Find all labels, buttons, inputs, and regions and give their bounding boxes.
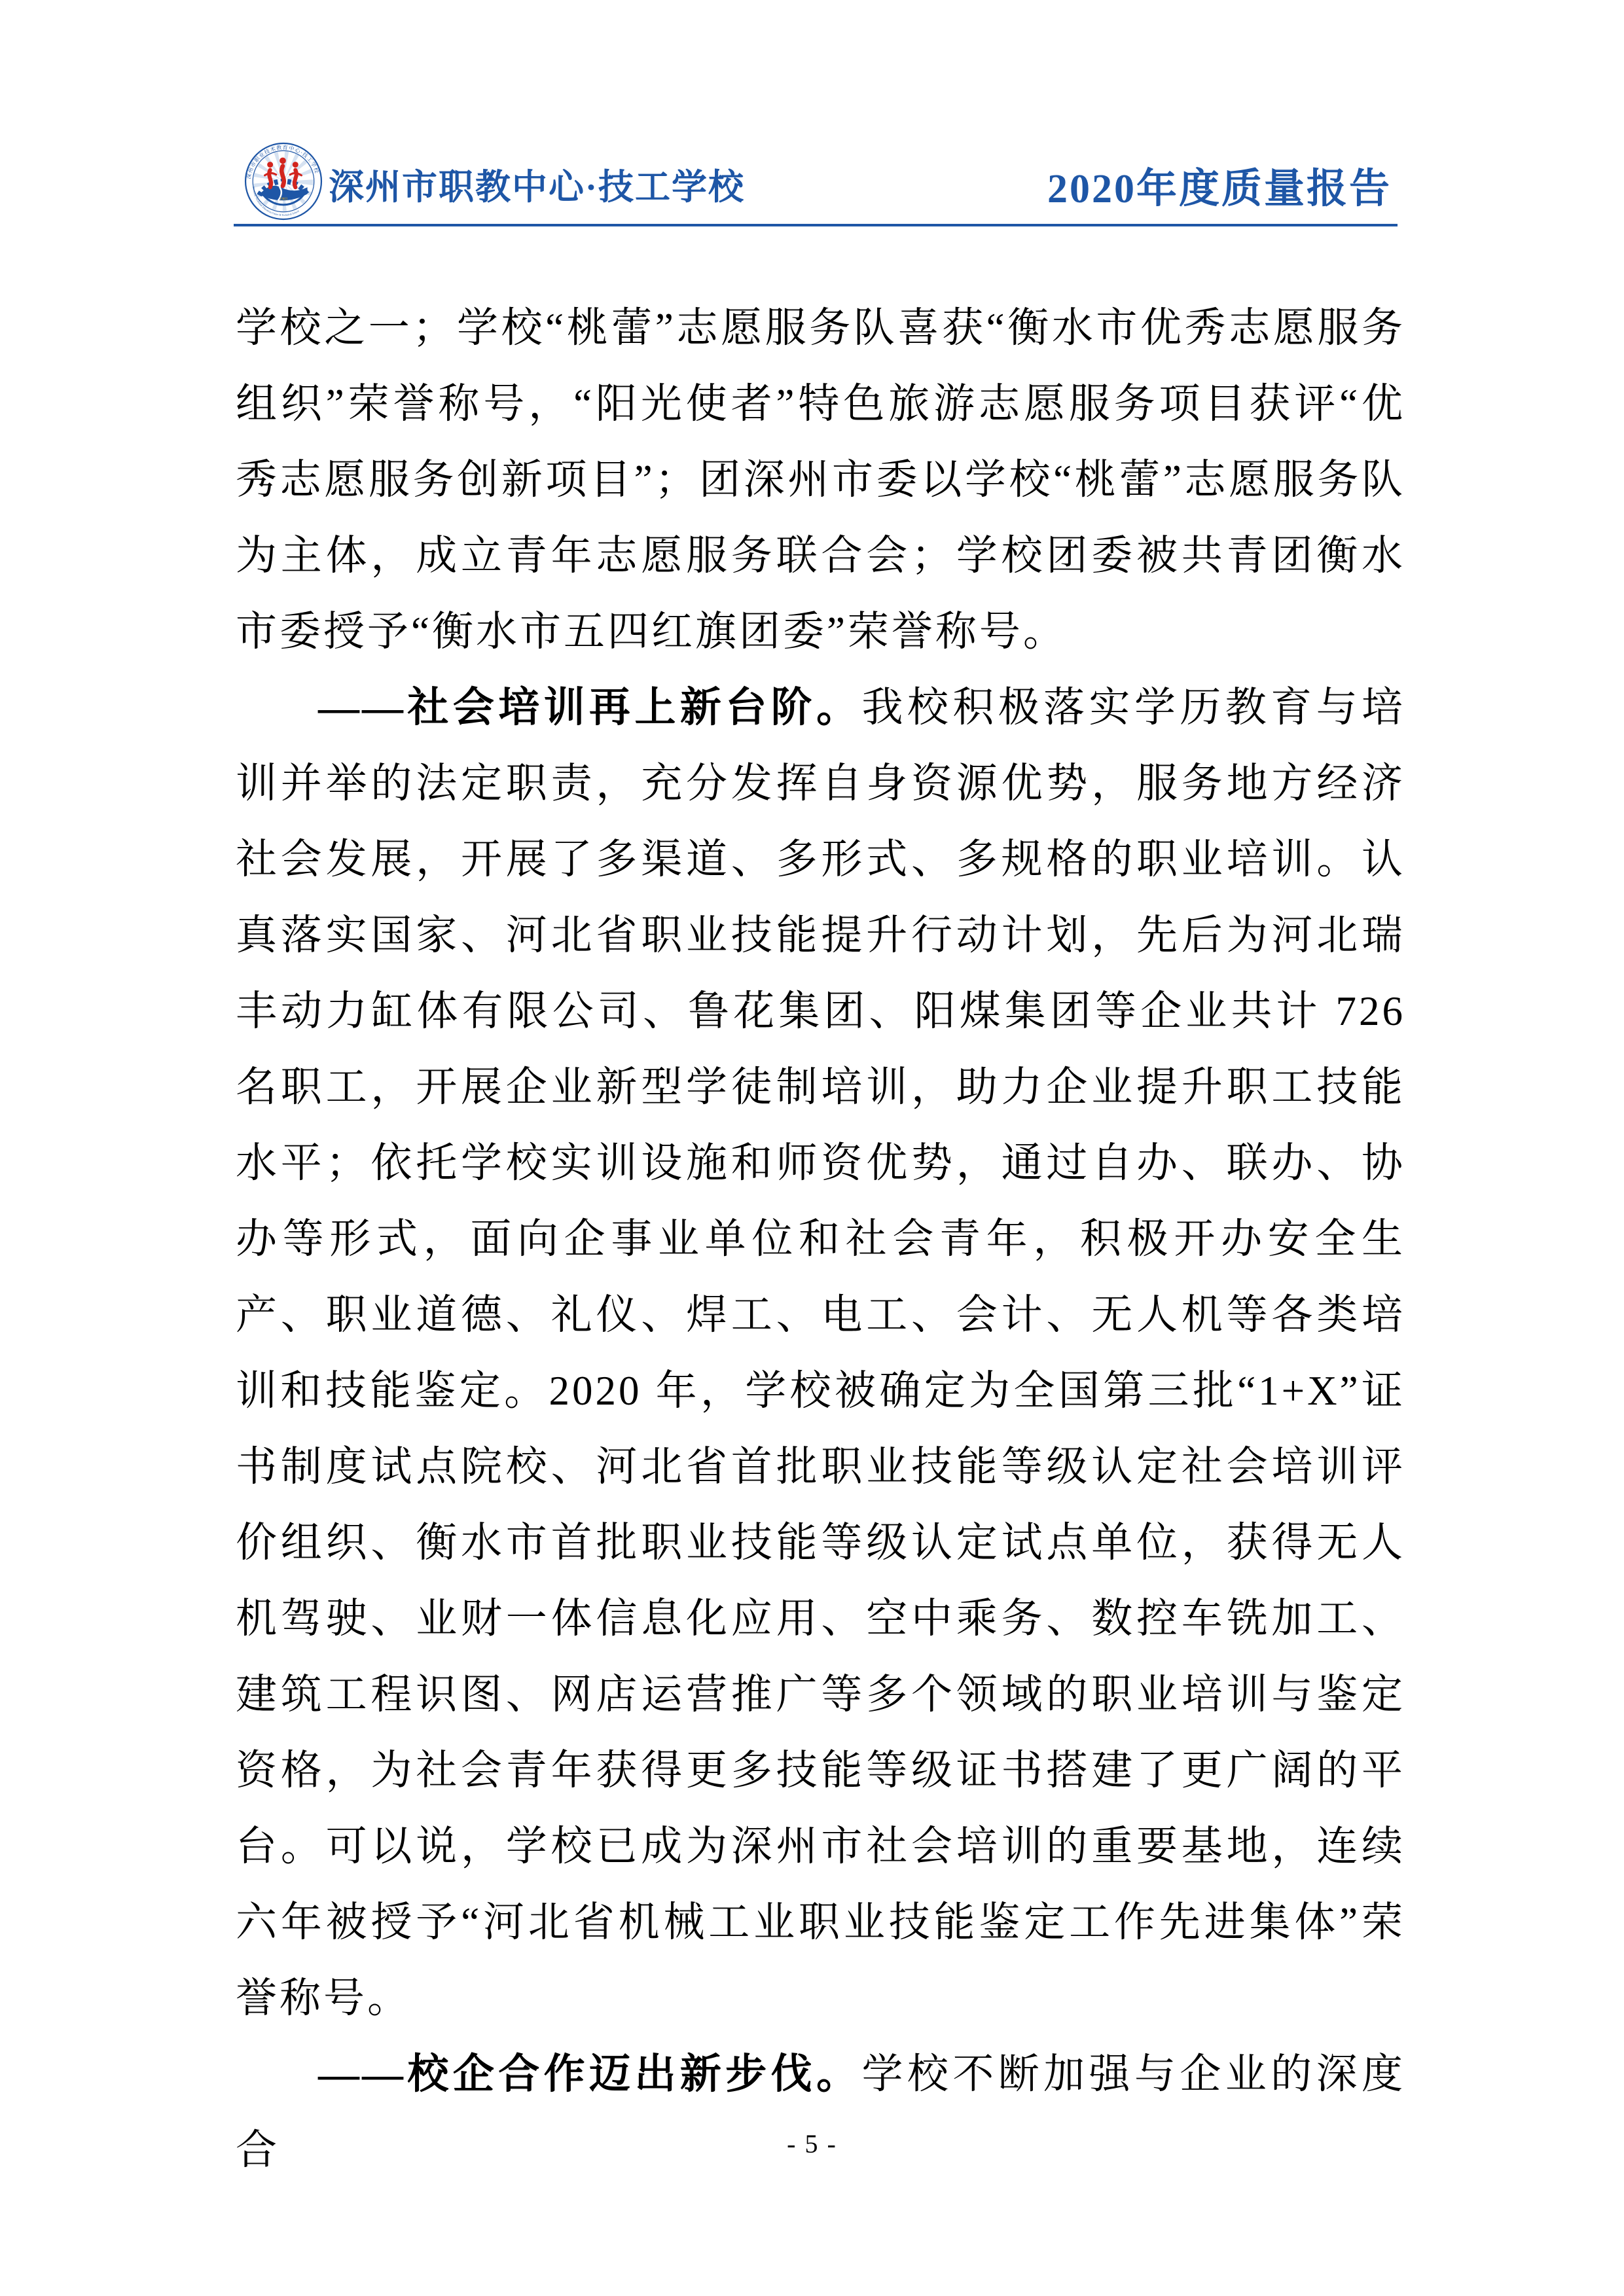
- logo-year-text: 1983: [280, 197, 287, 201]
- page-footer: - 5 -: [0, 2128, 1624, 2159]
- logo-figures: [265, 158, 302, 188]
- paragraph-text: 学校之一；学校“桃蕾”志愿服务队喜获“衡水市优秀志愿服务组织”荣誉称号，“阳光使…: [236, 305, 1405, 655]
- report-title: 2020年度质量报告: [1047, 156, 1392, 214]
- paragraph-text: 我校积极落实学历教育与培训并举的法定职责，充分发挥自身资源优势，服务地方经济社会…: [236, 685, 1405, 2021]
- paragraph-lead: ——校企合作迈出新步伐。: [318, 2051, 862, 2097]
- paragraph: ——社会培训再上新台阶。我校积极落实学历教育与培训并举的法定职责，充分发挥自身资…: [236, 670, 1405, 2036]
- document-page: 1983 深州市职业技术教育中心·技工学校 Shenzhou Vocationa…: [0, 0, 1624, 2296]
- document-body: 学校之一；学校“桃蕾”志愿服务队喜获“衡水市优秀志愿服务组织”荣誉称号，“阳光使…: [236, 290, 1405, 2188]
- paragraph: 学校之一；学校“桃蕾”志愿服务队喜获“衡水市优秀志愿服务组织”荣誉称号，“阳光使…: [236, 290, 1405, 670]
- paragraph: ——校企合作迈出新步伐。学校不断加强与企业的深度合: [236, 2036, 1405, 2188]
- paragraph-lead: ——社会培训再上新台阶。: [318, 685, 862, 730]
- school-logo-icon: 1983 深州市职业技术教育中心·技工学校 Shenzhou Vocationa…: [244, 141, 323, 221]
- header-rule: [234, 224, 1398, 226]
- page-number: - 5 -: [787, 2129, 837, 2159]
- school-name: 深州市职教中心·技工学校: [329, 159, 745, 209]
